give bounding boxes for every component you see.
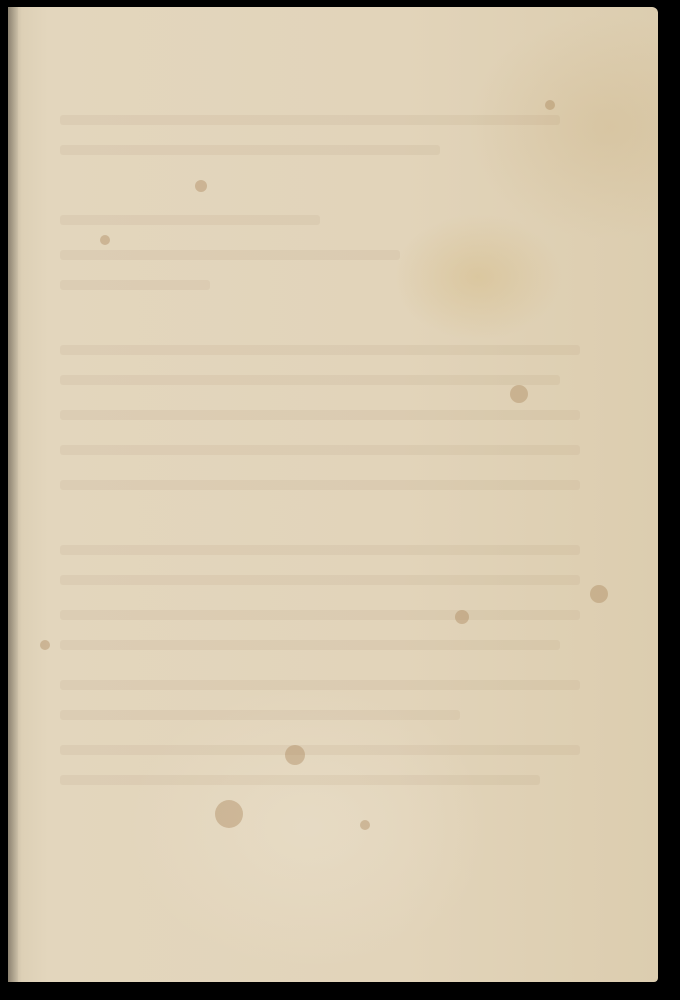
foxing-spot xyxy=(545,100,555,110)
foxing-spot xyxy=(100,235,110,245)
foxing-spot xyxy=(195,180,207,192)
showthrough-line xyxy=(60,280,210,290)
showthrough-line xyxy=(60,410,580,420)
foxing-spot xyxy=(590,585,608,603)
foxing-spot xyxy=(510,385,528,403)
showthrough-line xyxy=(60,545,580,555)
showthrough-line xyxy=(60,775,540,785)
foxing-spot xyxy=(40,640,50,650)
showthrough-line xyxy=(60,145,440,155)
foxing-spot xyxy=(285,745,305,765)
showthrough-line xyxy=(60,575,580,585)
showthrough-line xyxy=(60,610,580,620)
foxing-spot xyxy=(215,800,243,828)
showthrough-line xyxy=(60,115,560,125)
foxing-spot xyxy=(360,820,370,830)
showthrough-line xyxy=(60,215,320,225)
page-gutter xyxy=(8,7,18,982)
showthrough-line xyxy=(60,640,560,650)
showthrough-line xyxy=(60,250,400,260)
foxing-spot xyxy=(455,610,469,624)
showthrough-line xyxy=(60,375,560,385)
book-page xyxy=(8,7,658,982)
showthrough-line xyxy=(60,480,580,490)
showthrough-line xyxy=(60,345,580,355)
showthrough-line xyxy=(60,680,580,690)
showthrough-line xyxy=(60,745,580,755)
showthrough-line xyxy=(60,445,580,455)
showthrough-line xyxy=(60,710,460,720)
